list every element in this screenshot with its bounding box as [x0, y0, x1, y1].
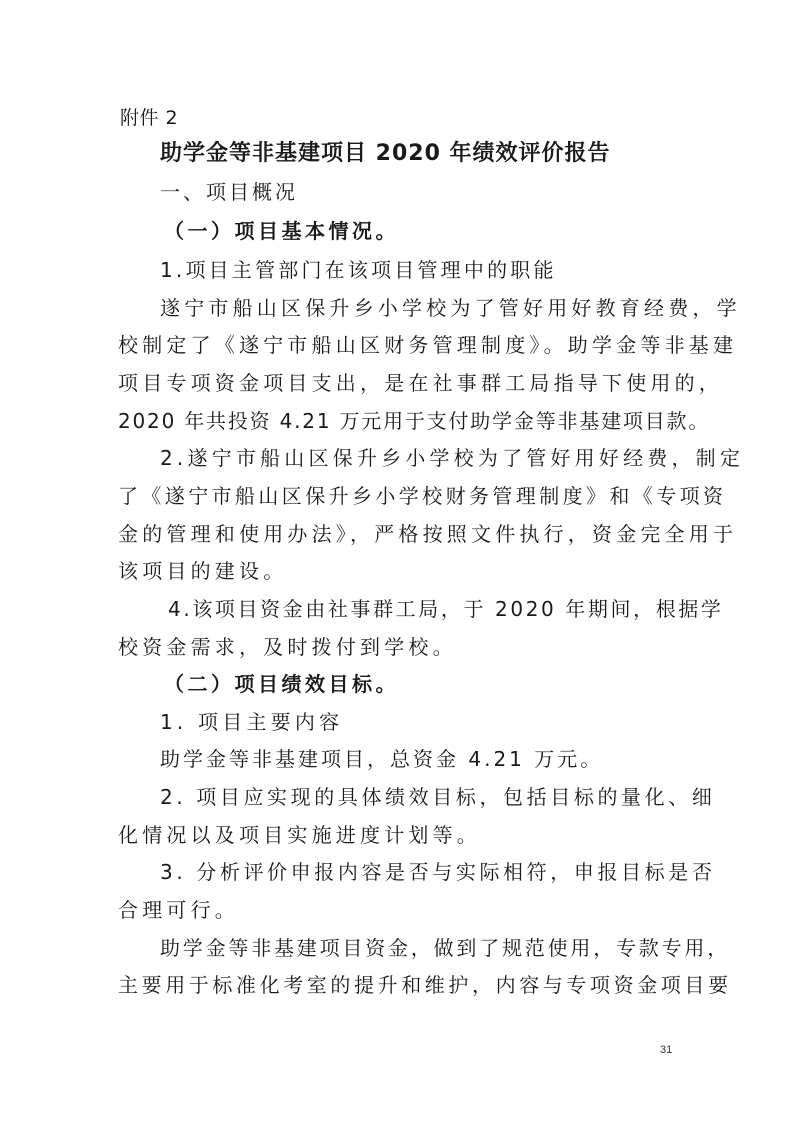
subsection-heading: （一）项目基本情况。 — [164, 219, 399, 243]
document-page: 附件 2 助学金等非基建项目 2020 年绩效评价报告 一、项目概况 （一）项目… — [0, 0, 793, 1122]
paragraph-line: 遂宁市船山区保升乡小学校为了管好用好教育经费，学 — [160, 296, 741, 320]
section-heading: 一、项目概况 — [160, 180, 298, 204]
paragraph-line: 4.该项目资金由社事群工局，于 2020 年期间，根据学 — [168, 597, 724, 621]
paragraph-line: 了《遂宁市船山区保升乡小学校财务管理制度》和《专项资 — [118, 484, 726, 508]
paragraph-line: 1.项目主管部门在该项目管理中的职能 — [160, 258, 557, 282]
paragraph-line: 化情况以及项目实施进度计划等。 — [118, 823, 481, 847]
paragraph-line: 合理可行。 — [118, 898, 239, 922]
document-title: 助学金等非基建项目 2020 年绩效评价报告 — [160, 142, 611, 166]
paragraph-line: 助学金等非基建项目资金，做到了规范使用，专款专用， — [160, 936, 730, 960]
paragraph-line: 1. 项目主要内容 — [160, 710, 343, 734]
paragraph-line: 主要用于标准化考室的提升和维护，内容与专项资金项目要 — [118, 973, 732, 997]
page-number: 31 — [660, 1044, 672, 1056]
attachment-label: 附件 2 — [120, 106, 178, 130]
subsection-heading: （二）项目绩效目标。 — [164, 672, 399, 696]
paragraph-line: 校资金需求，及时拨付到学校。 — [118, 635, 457, 659]
paragraph-line: 2020 年共投资 4.21 万元用于支付助学金等非基建项目款。 — [118, 409, 710, 433]
paragraph-line: 该项目的建设。 — [118, 559, 287, 583]
paragraph-line: 金的管理和使用办法》，严格按照文件执行，资金完全用于 — [118, 522, 737, 546]
paragraph-line: 2. 项目应实现的具体绩效目标，包括目标的量化、细 — [160, 785, 715, 809]
paragraph-line: 助学金等非基建项目，总资金 4.21 万元。 — [160, 747, 603, 771]
paragraph-line: 2.遂宁市船山区保升乡小学校为了管好用好经费，制定 — [160, 446, 744, 470]
paragraph-line: 校制定了《遂宁市船山区财务管理制度》。助学金等非基建 — [118, 333, 737, 357]
paragraph-line: 项目专项资金项目支出，是在社事群工局指导下使用的， — [118, 371, 723, 395]
paragraph-line: 3. 分析评价申报内容是否与实际相符，申报目标是否 — [160, 860, 715, 884]
